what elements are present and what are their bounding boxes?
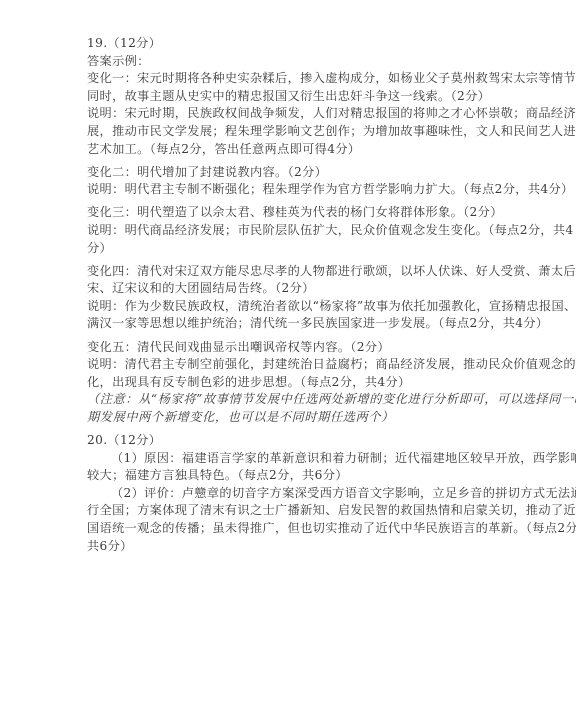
part-1-block: （1）原因：福建语言学家的革新意识和着力研制；近代福建地区较早开放，西学影响 较… — [87, 450, 507, 485]
question-19-title: 19.（12分） — [87, 35, 507, 53]
grading-note: （注意：从“杨家将”故事情节发展中任选两处新增的变化进行分析即可，可以选择同一时… — [87, 391, 507, 426]
part-2-block: （2）评价：卢戆章的切音字方案深受西方语音文字影响，立足乡音的拼切方式无法通 行… — [87, 485, 507, 555]
change-4-line: 宋、辽宋议和的大团圆结局告终。（2分） — [87, 280, 507, 298]
part-1-line: （1）原因：福建语言学家的革新意识和着力研制；近代福建地区较早开放，西学影响 — [87, 450, 507, 468]
note-line: 期发展中两个新增变化，也可以是不同时期任选两个） — [87, 409, 507, 427]
answer-example-label: 答案示例： — [87, 53, 507, 71]
change-4-block: 变化四：清代对宋辽双方能尽忠尽孝的人物都进行歌颂，以坏人伏诛、好人受赏、萧太后降… — [87, 263, 507, 333]
change-1-explanation-line: 说明：宋元时期，民族政权间战争频发，人们对精忠报国的将帅之才心怀崇敬；商品经济发 — [87, 105, 507, 123]
change-5-explanation-line: 说明：清代君主专制空前强化，封建统治日益腐朽；商品经济发展，推动民众价值观念的变 — [87, 356, 507, 374]
change-5-line: 变化五：清代民间戏曲显示出嘲讽帝权等内容。（2分） — [87, 339, 507, 357]
change-4-line: 变化四：清代对宋辽双方能尽忠尽孝的人物都进行歌颂，以坏人伏诛、好人受赏、萧太后降 — [87, 263, 507, 281]
part-2-line: （2）评价：卢戆章的切音字方案深受西方语音文字影响，立足乡音的拼切方式无法通 — [87, 485, 507, 503]
change-2-line: 变化二：明代增加了封建说教内容。（2分） — [87, 164, 507, 182]
change-1-block: 变化一：宋元时期将各种史实杂糅后，掺入虚构成分，如杨业父子莫州救驾宋太宗等情节，… — [87, 70, 507, 158]
change-5-explanation-line: 化，出现具有反专制色彩的进步思想。（每点2分，共4分） — [87, 374, 507, 392]
question-20: 20.（12分） （1）原因：福建语言学家的革新意识和着力研制；近代福建地区较早… — [87, 432, 507, 555]
change-1-explanation-line: 艺术加工。（每点2分，答出任意两点即可得4分） — [87, 141, 507, 159]
change-1-line: 变化一：宋元时期将各种史实杂糅后，掺入虚构成分，如杨业父子莫州救驾宋太宗等情节， — [87, 70, 507, 88]
change-2-explanation-line: 说明：明代君主专制不断强化；程朱理学作为官方哲学影响力扩大。（每点2分，共4分） — [87, 181, 507, 199]
note-line: （注意：从“杨家将”故事情节发展中任选两处新增的变化进行分析即可，可以选择同一时 — [87, 391, 507, 409]
change-4-explanation-line: 满汉一家等思想以维护统治；清代统一多民族国家进一步发展。（每点2分，共4分） — [87, 315, 507, 333]
change-1-explanation-line: 展，推动市民文学发展；程朱理学影响文艺创作；为增加故事趣味性，文人和民间艺人进行 — [87, 123, 507, 141]
part-1-line: 较大；福建方言独具特色。（每点2分，共6分） — [87, 467, 507, 485]
change-3-explanation-line: 分） — [87, 240, 507, 258]
part-2-line: 行全国；方案体现了清末有识之士广播新知、启发民智的救国热情和启蒙关切，推动了近代 — [87, 502, 507, 520]
question-19: 19.（12分） 答案示例： 变化一：宋元时期将各种史实杂糅后，掺入虚构成分，如… — [87, 35, 507, 426]
part-2-line: 国语统一观念的传播；虽未得推广，但也切实推动了近代中华民族语言的革新。（每点2分… — [87, 520, 507, 538]
change-3-line: 变化三：明代塑造了以佘太君、穆桂英为代表的杨门女将群体形象。（2分） — [87, 204, 507, 222]
change-5-block: 变化五：清代民间戏曲显示出嘲讽帝权等内容。（2分） 说明：清代君主专制空前强化，… — [87, 339, 507, 392]
change-2-block: 变化二：明代增加了封建说教内容。（2分） 说明：明代君主专制不断强化；程朱理学作… — [87, 164, 507, 199]
answer-key-page: 19.（12分） 答案示例： 变化一：宋元时期将各种史实杂糅后，掺入虚构成分，如… — [87, 35, 507, 555]
change-1-line: 同时，故事主题从史实中的精忠报国又衍生出忠奸斗争这一线索。（2分） — [87, 88, 507, 106]
change-3-explanation-line: 说明：明代商品经济发展；市民阶层队伍扩大，民众价值观念发生变化。（每点2分，共4 — [87, 222, 507, 240]
change-4-explanation-line: 说明：作为少数民族政权，清统治者欲以“杨家将”故事为依托加强教化，宣扬精忠报国、 — [87, 298, 507, 316]
change-3-block: 变化三：明代塑造了以佘太君、穆桂英为代表的杨门女将群体形象。（2分） 说明：明代… — [87, 204, 507, 257]
question-20-title: 20.（12分） — [87, 432, 507, 450]
part-2-line: 共6分） — [87, 538, 507, 556]
